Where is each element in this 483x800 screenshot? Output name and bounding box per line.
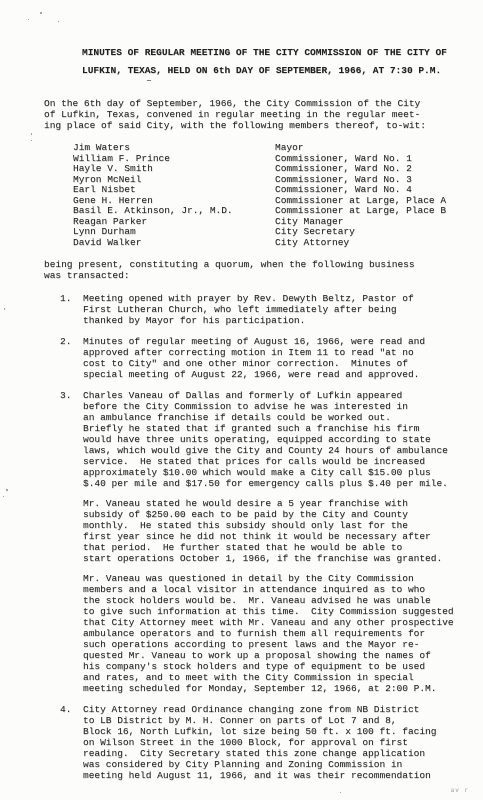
attendee-list: Jim Waters Mayor William F. Prince Commi…: [73, 143, 467, 248]
agenda-item: 4. City Attorney read Ordinance changing…: [44, 704, 467, 781]
attendee-role: Commissioner at Large, Place B: [275, 206, 467, 217]
agenda-item-number: 1.: [60, 293, 71, 304]
scan-speck: [31, 133, 32, 135]
agenda-item: 3. Charles Vaneau of Dallas and formerly…: [44, 390, 467, 694]
scan-speck: [31, 140, 32, 141]
scan-speck: [40, 12, 42, 14]
agenda-item-paragraph: Meeting opened with prayer by Rev. Dewyt…: [83, 293, 467, 326]
document-title: MINUTES OF REGULAR MEETING OF THE CITY C…: [82, 44, 467, 80]
agenda-item-paragraph: Mr. Vaneau stated he would desire a 5 ye…: [83, 498, 467, 564]
scan-speck: [58, 21, 59, 22]
title-line-1: MINUTES OF REGULAR MEETING OF THE CITY C…: [82, 44, 467, 62]
scan-speck: [4, 308, 5, 310]
agenda-item: 1. Meeting opened with prayer by Rev. De…: [44, 293, 467, 326]
attendee-name: Hayle V. Smith: [73, 164, 275, 175]
attendee-row: Jim Waters Mayor: [73, 143, 467, 154]
attendee-name: Basil E. Atkinson, Jr., M.D.: [73, 206, 275, 217]
scan-speck: [3, 496, 4, 497]
attendee-name: Earl Nisbet: [73, 185, 275, 196]
attendee-role: Commissioner, Ward No. 4: [275, 185, 467, 196]
scan-speck: [340, 792, 341, 793]
intro-paragraph: On the 6th day of September, 1966, the C…: [44, 98, 467, 131]
attendee-role: Mayor: [275, 143, 467, 154]
document-content: MINUTES OF REGULAR MEETING OF THE CITY C…: [44, 44, 467, 791]
attendee-name: Lynn Durham: [73, 227, 275, 238]
attendee-role: City Secretary: [275, 227, 467, 238]
agenda-item-number: 4.: [60, 704, 71, 715]
agenda-items: 1. Meeting opened with prayer by Rev. De…: [44, 293, 467, 781]
attendee-row: Hayle V. Smith Commissioner, Ward No. 2: [73, 164, 467, 175]
attendee-name: Jim Waters: [73, 143, 275, 154]
agenda-item-paragraph: Charles Vaneau of Dallas and formerly of…: [83, 390, 467, 489]
corner-mark: av r: [451, 788, 469, 794]
quorum-paragraph: being present, constituting a quorum, wh…: [44, 259, 467, 281]
agenda-item: 2. Minutes of regular meeting of August …: [44, 336, 467, 380]
agenda-item-body: City Attorney read Ordinance changing zo…: [83, 704, 467, 781]
attendee-row: Earl Nisbet Commissioner, Ward No. 4: [73, 185, 467, 196]
agenda-item-paragraph: Minutes of regular meeting of August 16,…: [83, 336, 467, 380]
scan-speck: [6, 489, 8, 491]
attendee-name: David Walker: [73, 238, 275, 249]
title-line-2: LUFKIN, TEXAS, HELD ON 6th DAY OF SEPTEM…: [82, 62, 467, 80]
attendee-row: David Walker City Attorney: [73, 238, 467, 249]
agenda-item-body: Charles Vaneau of Dallas and formerly of…: [83, 390, 467, 694]
agenda-item-body: Minutes of regular meeting of August 16,…: [83, 336, 467, 380]
agenda-item-number: 3.: [60, 390, 71, 401]
attendee-row: Basil E. Atkinson, Jr., M.D. Commissione…: [73, 206, 467, 217]
agenda-item-paragraph: Mr. Vaneau was questioned in detail by t…: [83, 573, 467, 694]
attendee-role: City Attorney: [275, 238, 467, 249]
attendee-row: Lynn Durham City Secretary: [73, 227, 467, 238]
agenda-item-number: 2.: [60, 336, 71, 347]
attendee-role: Commissioner, Ward No. 2: [275, 164, 467, 175]
scan-speck: [28, 19, 29, 20]
agenda-item-body: Meeting opened with prayer by Rev. Dewyt…: [83, 293, 467, 326]
scanned-minutes-page: MINUTES OF REGULAR MEETING OF THE CITY C…: [0, 0, 483, 800]
agenda-item-paragraph: City Attorney read Ordinance changing zo…: [83, 704, 467, 781]
